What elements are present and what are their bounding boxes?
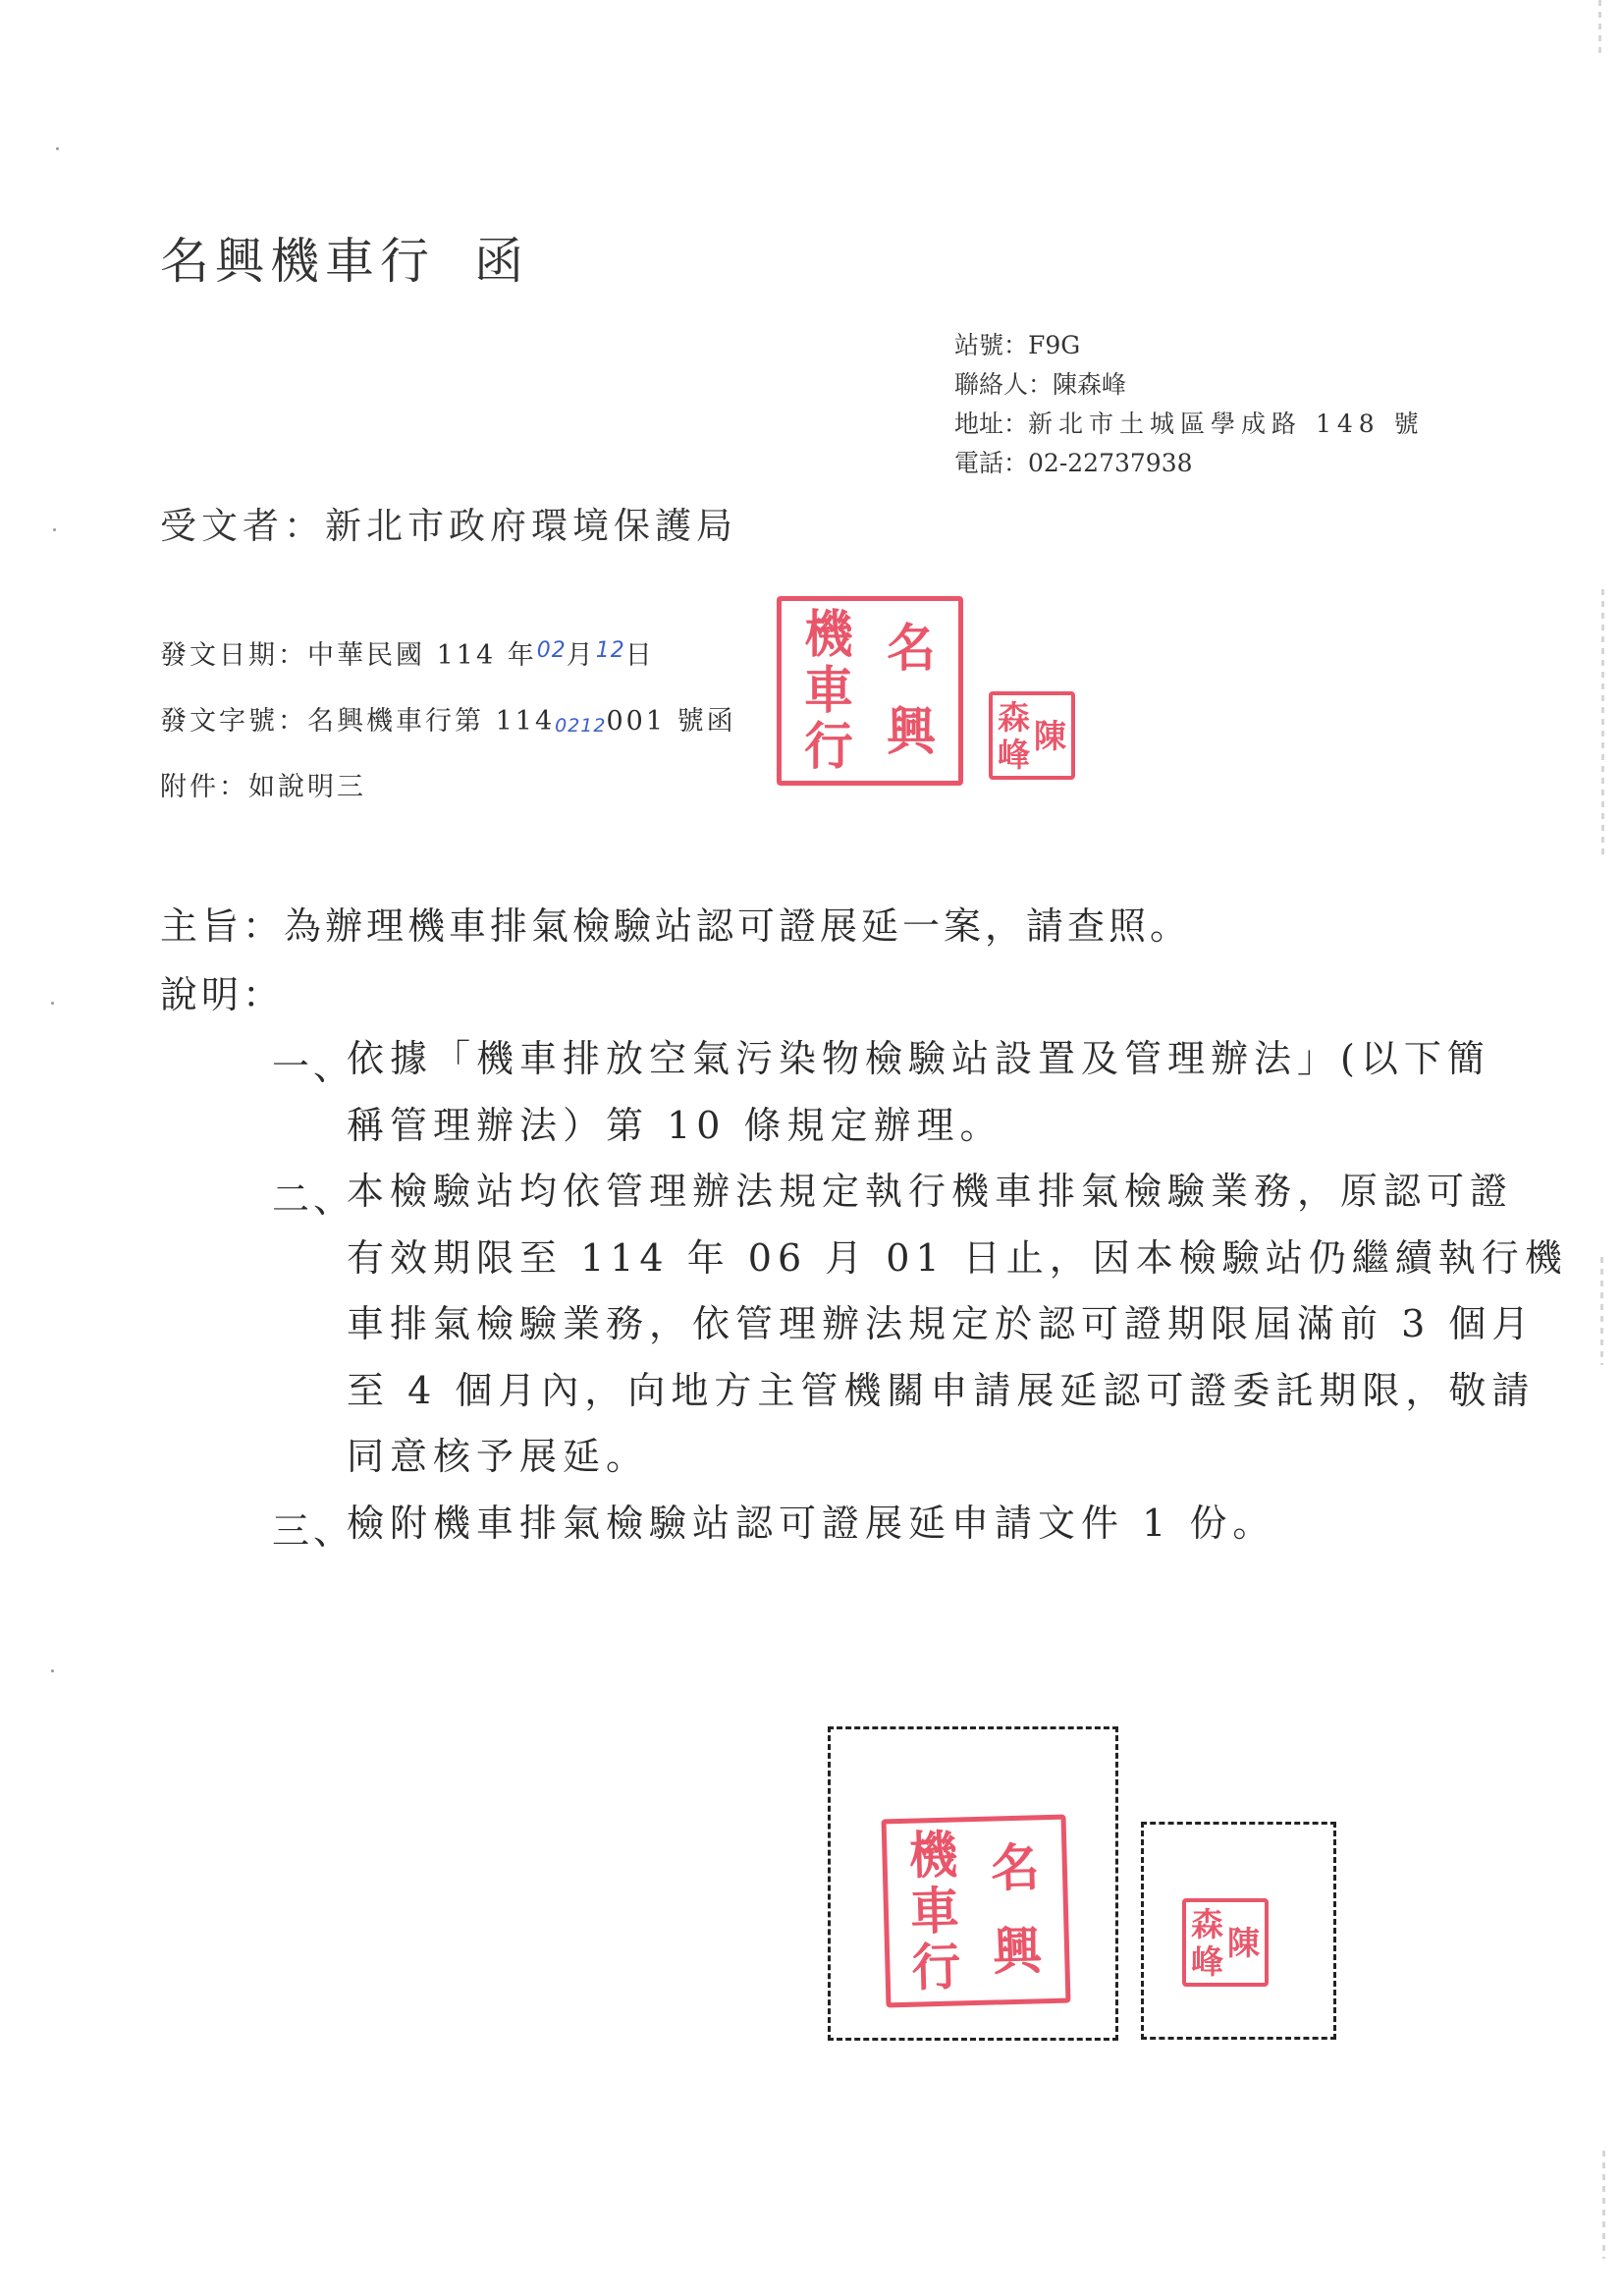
subject-label: 主旨： <box>160 904 284 948</box>
issue-date-row: 發文日期：中華民國 114 年02月12日 <box>160 636 736 702</box>
scan-artifact <box>1600 1257 1603 1365</box>
contact-person: 陳森峰 <box>1053 370 1126 399</box>
document-number-row: 發文字號：名興機車行第 1140212001 號函 <box>160 702 736 768</box>
contact-row: 聯絡人：陳森峰 <box>954 365 1425 405</box>
document-type: 函 <box>474 233 529 290</box>
document-title: 名興機車行函 <box>160 222 529 293</box>
explanation-item-1: 一、 依據「機車排放空氣污染物檢驗站設置及管理辦法」(以下簡 稱管理辦法）第 1… <box>272 1036 1568 1169</box>
handwritten-day: 12 <box>596 638 625 663</box>
subject: 主旨：為辦理機車排氣檢驗站認可證展延一案，請查照。 <box>160 896 1191 950</box>
phone-number: 02-22737938 <box>1028 449 1193 477</box>
phone-row: 電話：02-22737938 <box>954 444 1425 483</box>
station-info: 站號：F9G 聯絡人：陳森峰 地址：新北市土城區學成路 148 號 電話：02-… <box>954 326 1425 483</box>
company-seal-stamp-bottom: 名 興 機 車 行 <box>882 1815 1071 2008</box>
scan-speck <box>56 147 59 150</box>
seal-column-left: 森 峰 <box>1191 1905 1223 1980</box>
seal-column-right: 名 興 <box>989 1826 1044 1994</box>
seal-column-right: 陳 <box>1034 698 1066 773</box>
explanation-items: 一、 依據「機車排放空氣污染物檢驗站設置及管理辦法」(以下簡 稱管理辦法）第 1… <box>272 1036 1568 1566</box>
handwritten-doc-number: 0212 <box>555 715 606 737</box>
document-meta: 發文日期：中華民國 114 年02月12日 發文字號：名興機車行第 114021… <box>160 636 736 834</box>
explanation-item-3: 三、 檢附機車排氣檢驗站認可證展延申請文件 1 份。 <box>272 1501 1568 1567</box>
attachment-row: 附件：如說明三 <box>160 768 736 834</box>
explanation-item-2: 二、 本檢驗站均依管理辦法規定執行機車排氣檢驗業務，原認可證 有效期限至 114… <box>272 1169 1568 1501</box>
recipient-name: 新北市政府環境保護局 <box>325 505 737 547</box>
seal-column-left: 機 車 行 <box>803 607 854 775</box>
handwritten-month: 02 <box>537 638 567 663</box>
seal-column-left: 機 車 行 <box>907 1828 962 1995</box>
address: 新北市土城區學成路 148 號 <box>1028 410 1425 438</box>
item-number: 一、 <box>272 1036 354 1090</box>
scan-artifact <box>1602 2151 1605 2259</box>
subject-text: 為辦理機車排氣檢驗站認可證展延一案，請查照。 <box>284 904 1191 948</box>
seal-column-right: 陳 <box>1227 1905 1260 1980</box>
item-number: 二、 <box>272 1169 354 1223</box>
scan-speck <box>51 1002 54 1005</box>
recipient: 受文者：新北市政府環境保護局 <box>160 496 737 549</box>
seal-column-right: 名 興 <box>886 607 937 775</box>
explanation-label: 說明： <box>160 964 284 1018</box>
attachment: 如說明三 <box>248 772 366 802</box>
personal-seal-stamp-bottom: 陳 森 峰 <box>1182 1898 1269 1987</box>
scan-speck <box>53 528 56 531</box>
item-number: 三、 <box>272 1501 354 1555</box>
seal-column-left: 森 峰 <box>998 698 1030 773</box>
scan-artifact <box>1598 0 1601 59</box>
company-name: 名興機車行 <box>160 233 435 290</box>
personal-seal-stamp: 陳 森 峰 <box>989 691 1075 780</box>
scan-speck <box>51 1669 54 1672</box>
scan-artifact <box>1601 589 1604 854</box>
station-number: F9G <box>1028 331 1080 359</box>
station-number-row: 站號：F9G <box>954 326 1425 365</box>
company-seal-stamp: 名 興 機 車 行 <box>777 596 963 786</box>
address-row: 地址：新北市土城區學成路 148 號 <box>954 405 1425 444</box>
